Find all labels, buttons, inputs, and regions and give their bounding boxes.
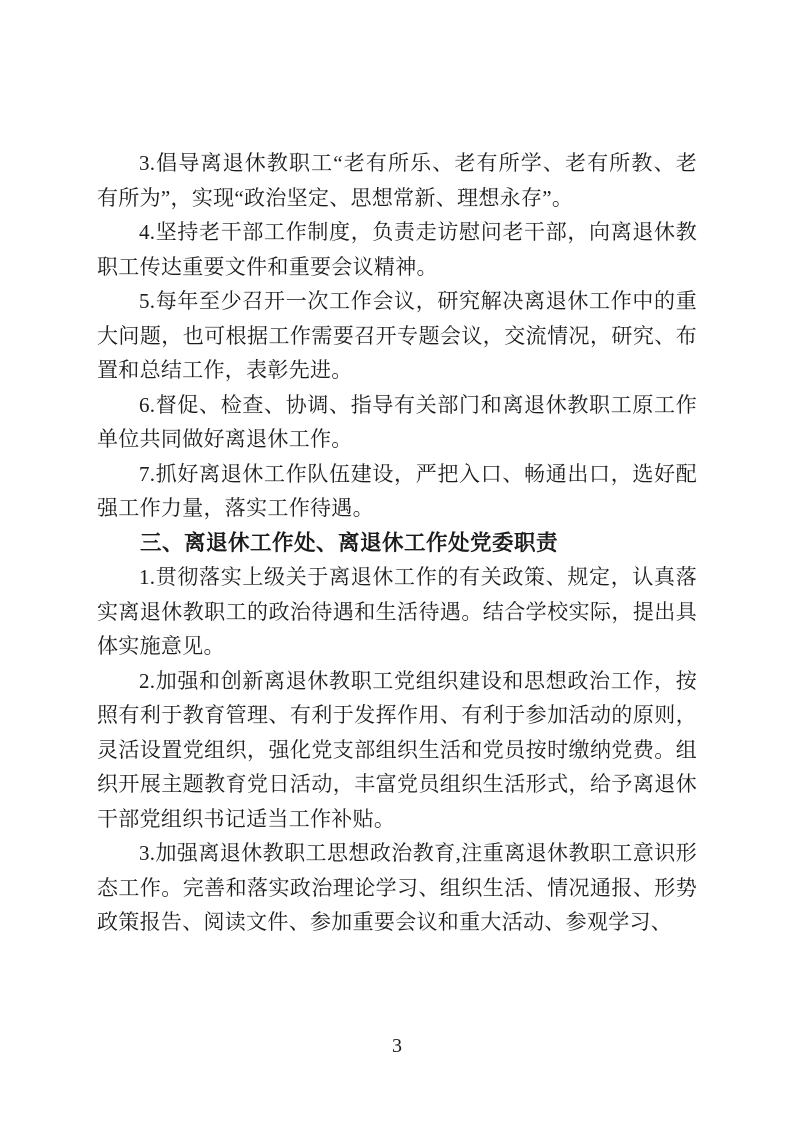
- document-page: 3.倡导离退休教职工“老有所乐、老有所学、老有所教、老有所为”，实现“政治坚定、…: [0, 0, 794, 1122]
- paragraph-item-3: 3.倡导离退休教职工“老有所乐、老有所学、老有所教、老有所为”，实现“政治坚定、…: [97, 146, 697, 215]
- page-footer: 3: [0, 1032, 794, 1060]
- paragraph-item-5: 5.每年至少召开一次工作会议，研究解决离退休工作中的重大问题，也可根据工作需要召…: [97, 284, 697, 388]
- paragraph-item-6: 6.督促、检查、协调、指导有关部门和离退休教职工原工作单位共同做好离退休工作。: [97, 388, 697, 457]
- paragraph-item-2: 2.加强和创新离退休教职工党组织建设和思想政治工作，按照有利于教育管理、有利于发…: [97, 664, 697, 837]
- section-heading: 三、离退休工作处、离退休工作处党委职责: [97, 526, 697, 561]
- document-body: 3.倡导离退休教职工“老有所乐、老有所学、老有所教、老有所为”，实现“政治坚定、…: [97, 146, 697, 940]
- paragraph-item-1: 1.贯彻落实上级关于离退休工作的有关政策、规定，认真落实离退休教职工的政治待遇和…: [97, 560, 697, 664]
- page-number: 3: [392, 1035, 402, 1057]
- paragraph-item-4: 4.坚持老干部工作制度，负责走访慰问老干部，向离退休教职工传达重要文件和重要会议…: [97, 215, 697, 284]
- paragraph-item-3-cont: 3.加强离退休教职工思想政治教育,注重离退休教职工意识形态工作。完善和落实政治理…: [97, 836, 697, 940]
- paragraph-item-7: 7.抓好离退休工作队伍建设，严把入口、畅通出口，选好配强工作力量，落实工作待遇。: [97, 457, 697, 526]
